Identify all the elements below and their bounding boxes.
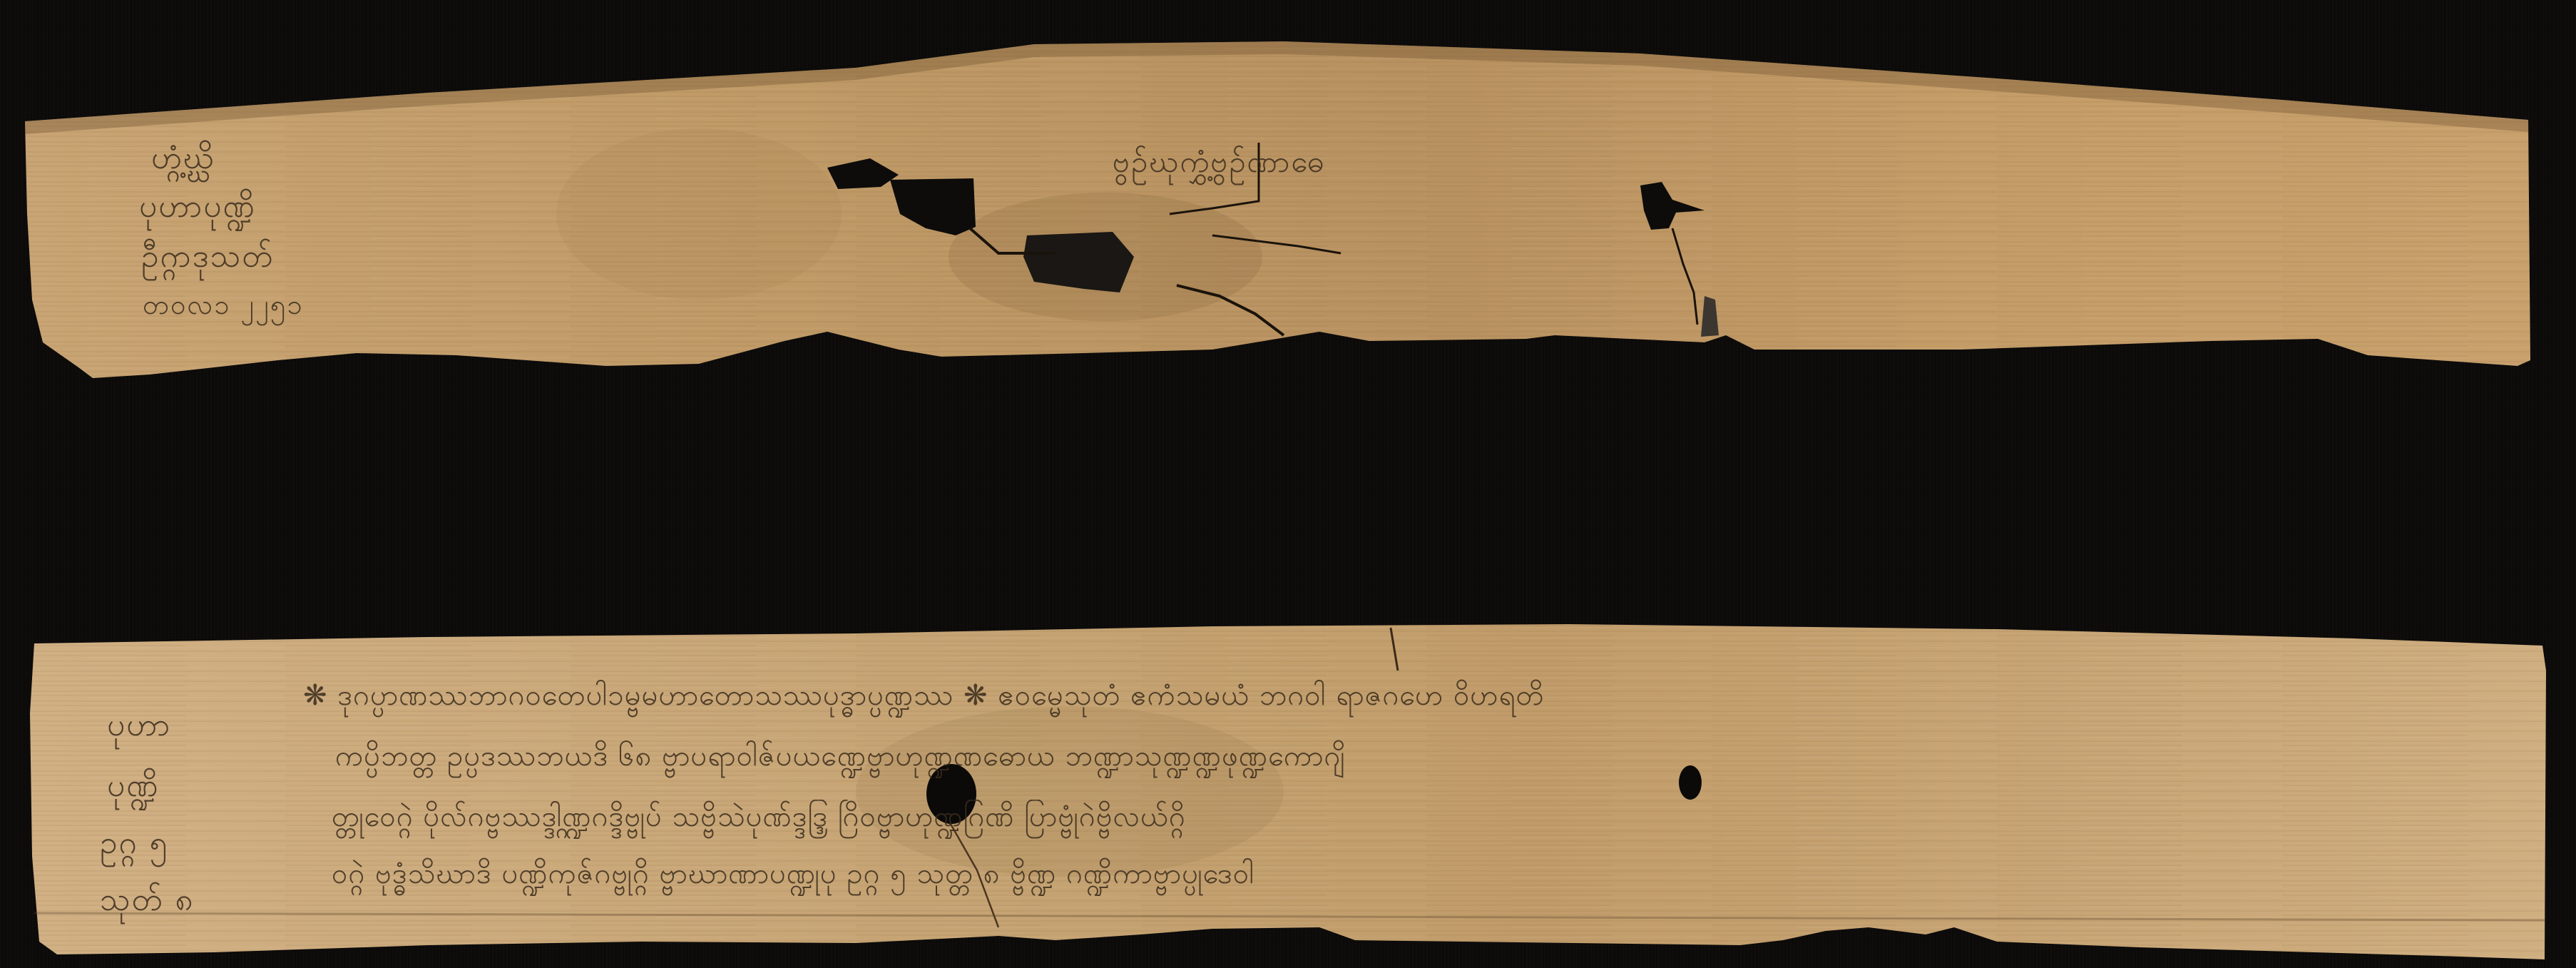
photo-scene: ဟ္ဂံ့ဃ္ဃိ ပုဟာပုဏ္ဍိ ဦဂ္ဂာဒုသတ် တဝလ၁ ၂၂၅… (0, 0, 2576, 968)
top-leaf (25, 41, 2530, 378)
top-leaf-margin-line-2: ပုဟာပုဏ္ဍိ (139, 191, 256, 223)
bottom-leaf-margin-line-2: ပုဏ္ဍိ (107, 770, 159, 802)
bottom-leaf (30, 624, 2546, 959)
binding-hole-right (1679, 765, 1702, 800)
bottom-leaf-margin-line-3: ဥဂ္ဂ ၅ (100, 827, 168, 859)
bottom-leaf-main-line-2: ကပ္ပိဘတ္တ ဥပ္ပဒဿဘယဒိ ၆၈ ဗ္ဗာပရာဝါဇ်ပယဏ္ဍ… (335, 742, 1346, 770)
bottom-leaf-margin-line-1: ပုဟာ (107, 710, 171, 741)
top-leaf-margin-line-3: ဦဂ္ဂာဒုသတ် (141, 241, 274, 272)
bottom-leaf-main-line-3: တ္တုဝေဂ္ဂဲ ပိုလ်ဂဗ္ဗဿဒ္ဒ္ဂါဏ္ဍဂဒ္ဒိဗ္ဗုပ… (332, 803, 1186, 831)
bottom-leaf-main-line-1: ❋ ဒုဂပ္ပာဏဿဘာဂဝတေပါ၁မ္ဗမဟာတောသဿပုဒ္ဓာပ္ပ… (303, 681, 1544, 710)
top-leaf-center-annotation: ဗွဉ်ဃုကွှံ့ဗွဉ်ဏာဓေ (1113, 143, 1326, 187)
bottom-leaf-main-line-4: ဝဂ္ဂဲ ဗုဒ္ဓံသိဃာဒိ ပဏ္ဍိကုဇ်ဂဗ္ဗုဂ္ဂိ ဗ္… (332, 860, 1254, 888)
bottom-leaf-margin-line-4: သုတ် ၈ (100, 885, 195, 916)
top-leaf-margin-line-1: ဟ္ဂံ့ဃ္ဃိ (151, 143, 215, 174)
top-leaf-margin-line-4: တဝလ၁ ၂၂၅၁ (143, 291, 304, 318)
